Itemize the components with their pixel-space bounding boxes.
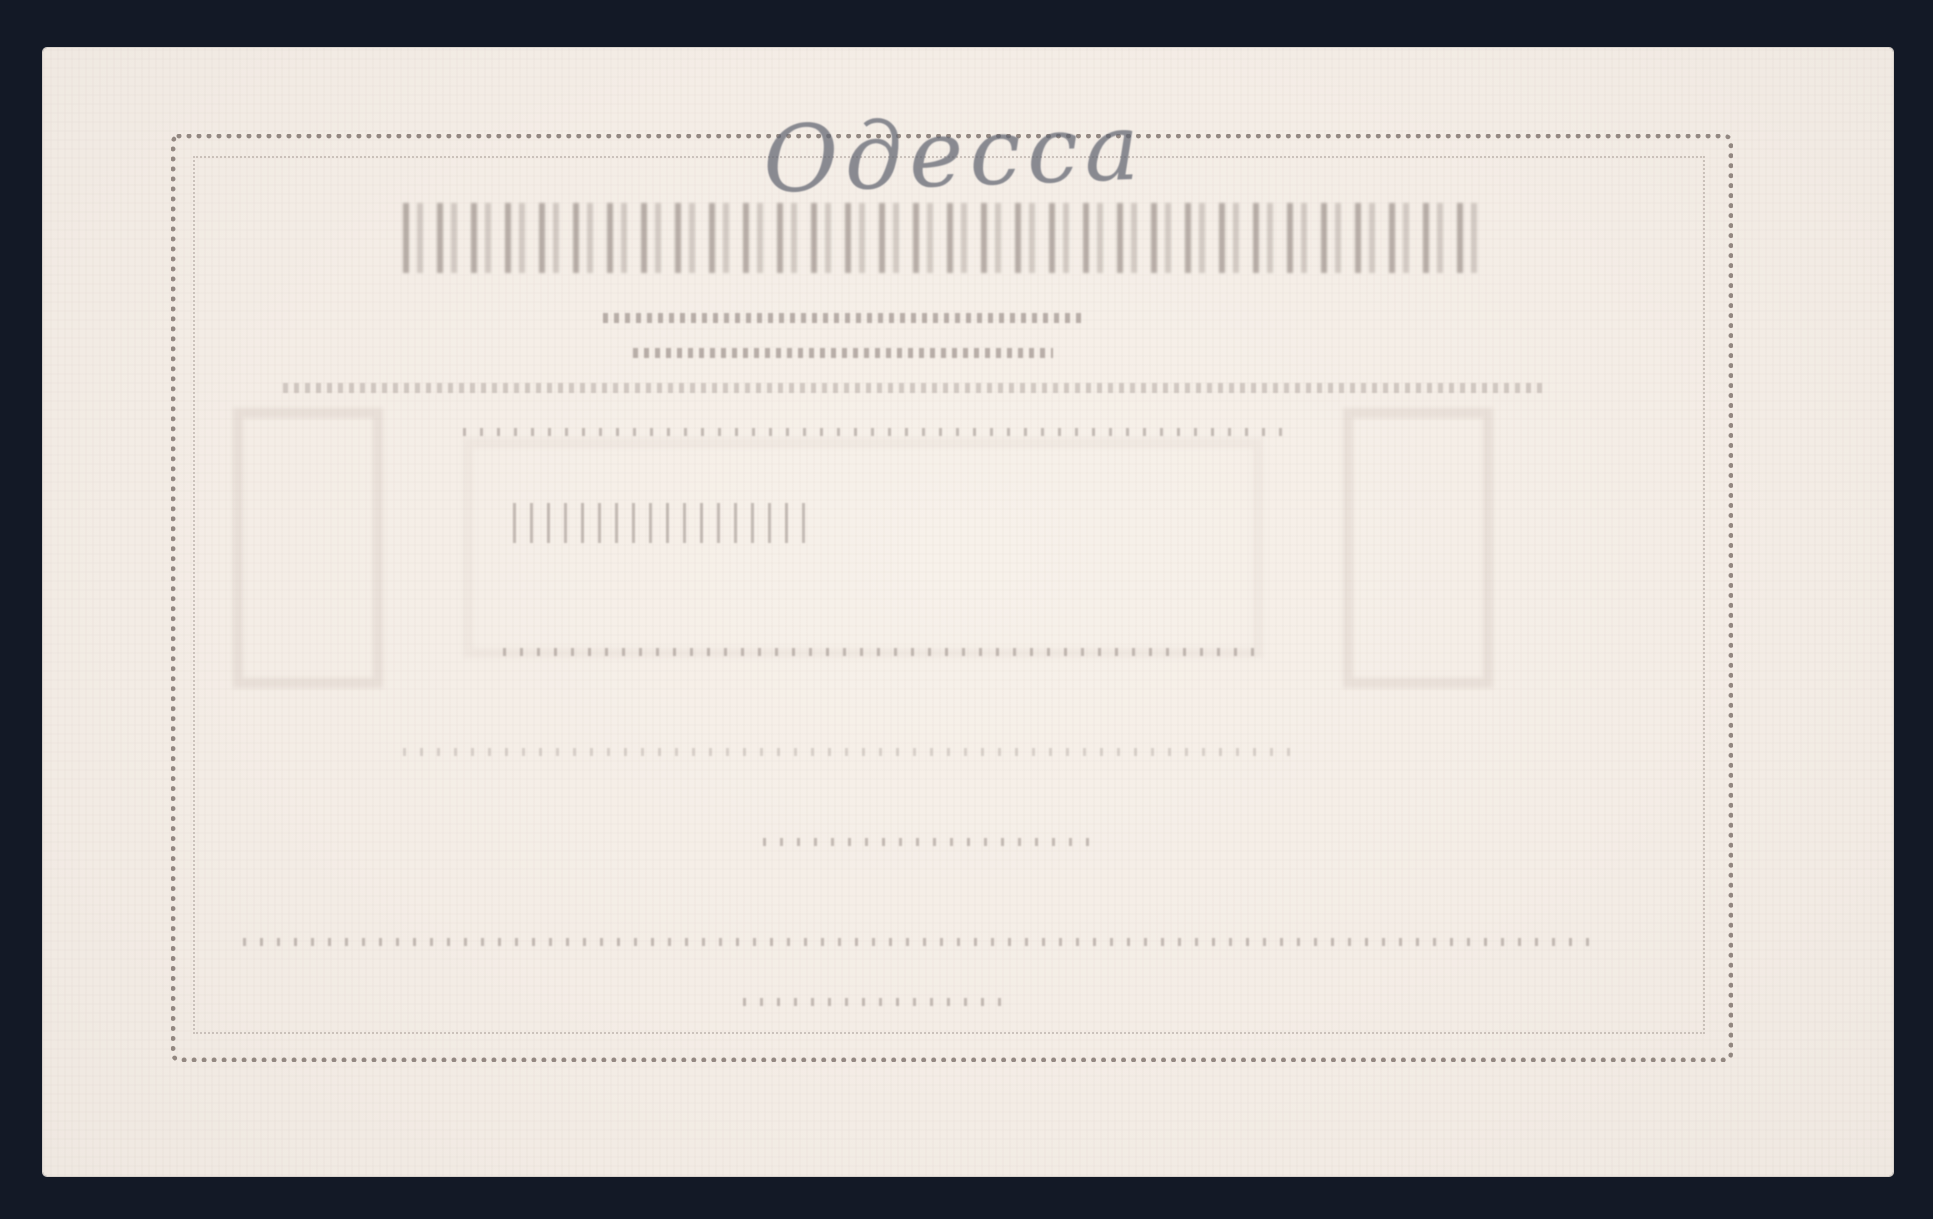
subtitle-line <box>633 348 1053 358</box>
pencil-annotation: Одесса <box>761 93 1147 213</box>
text-row <box>243 938 1593 946</box>
ghost-center-panel <box>463 438 1263 658</box>
text-row <box>513 503 813 543</box>
text-row <box>503 648 1263 656</box>
ghost-numeral-left <box>233 408 383 688</box>
text-row <box>403 748 1303 756</box>
ghost-numeral-right <box>1343 408 1493 688</box>
subtitle-line <box>603 313 1083 323</box>
banknote-paper: Одесса <box>43 48 1893 1176</box>
text-row <box>743 998 1003 1006</box>
mirrored-header-text <box>403 203 1483 273</box>
divider-line <box>283 383 1543 393</box>
text-row <box>463 428 1293 436</box>
text-row <box>763 838 1093 846</box>
